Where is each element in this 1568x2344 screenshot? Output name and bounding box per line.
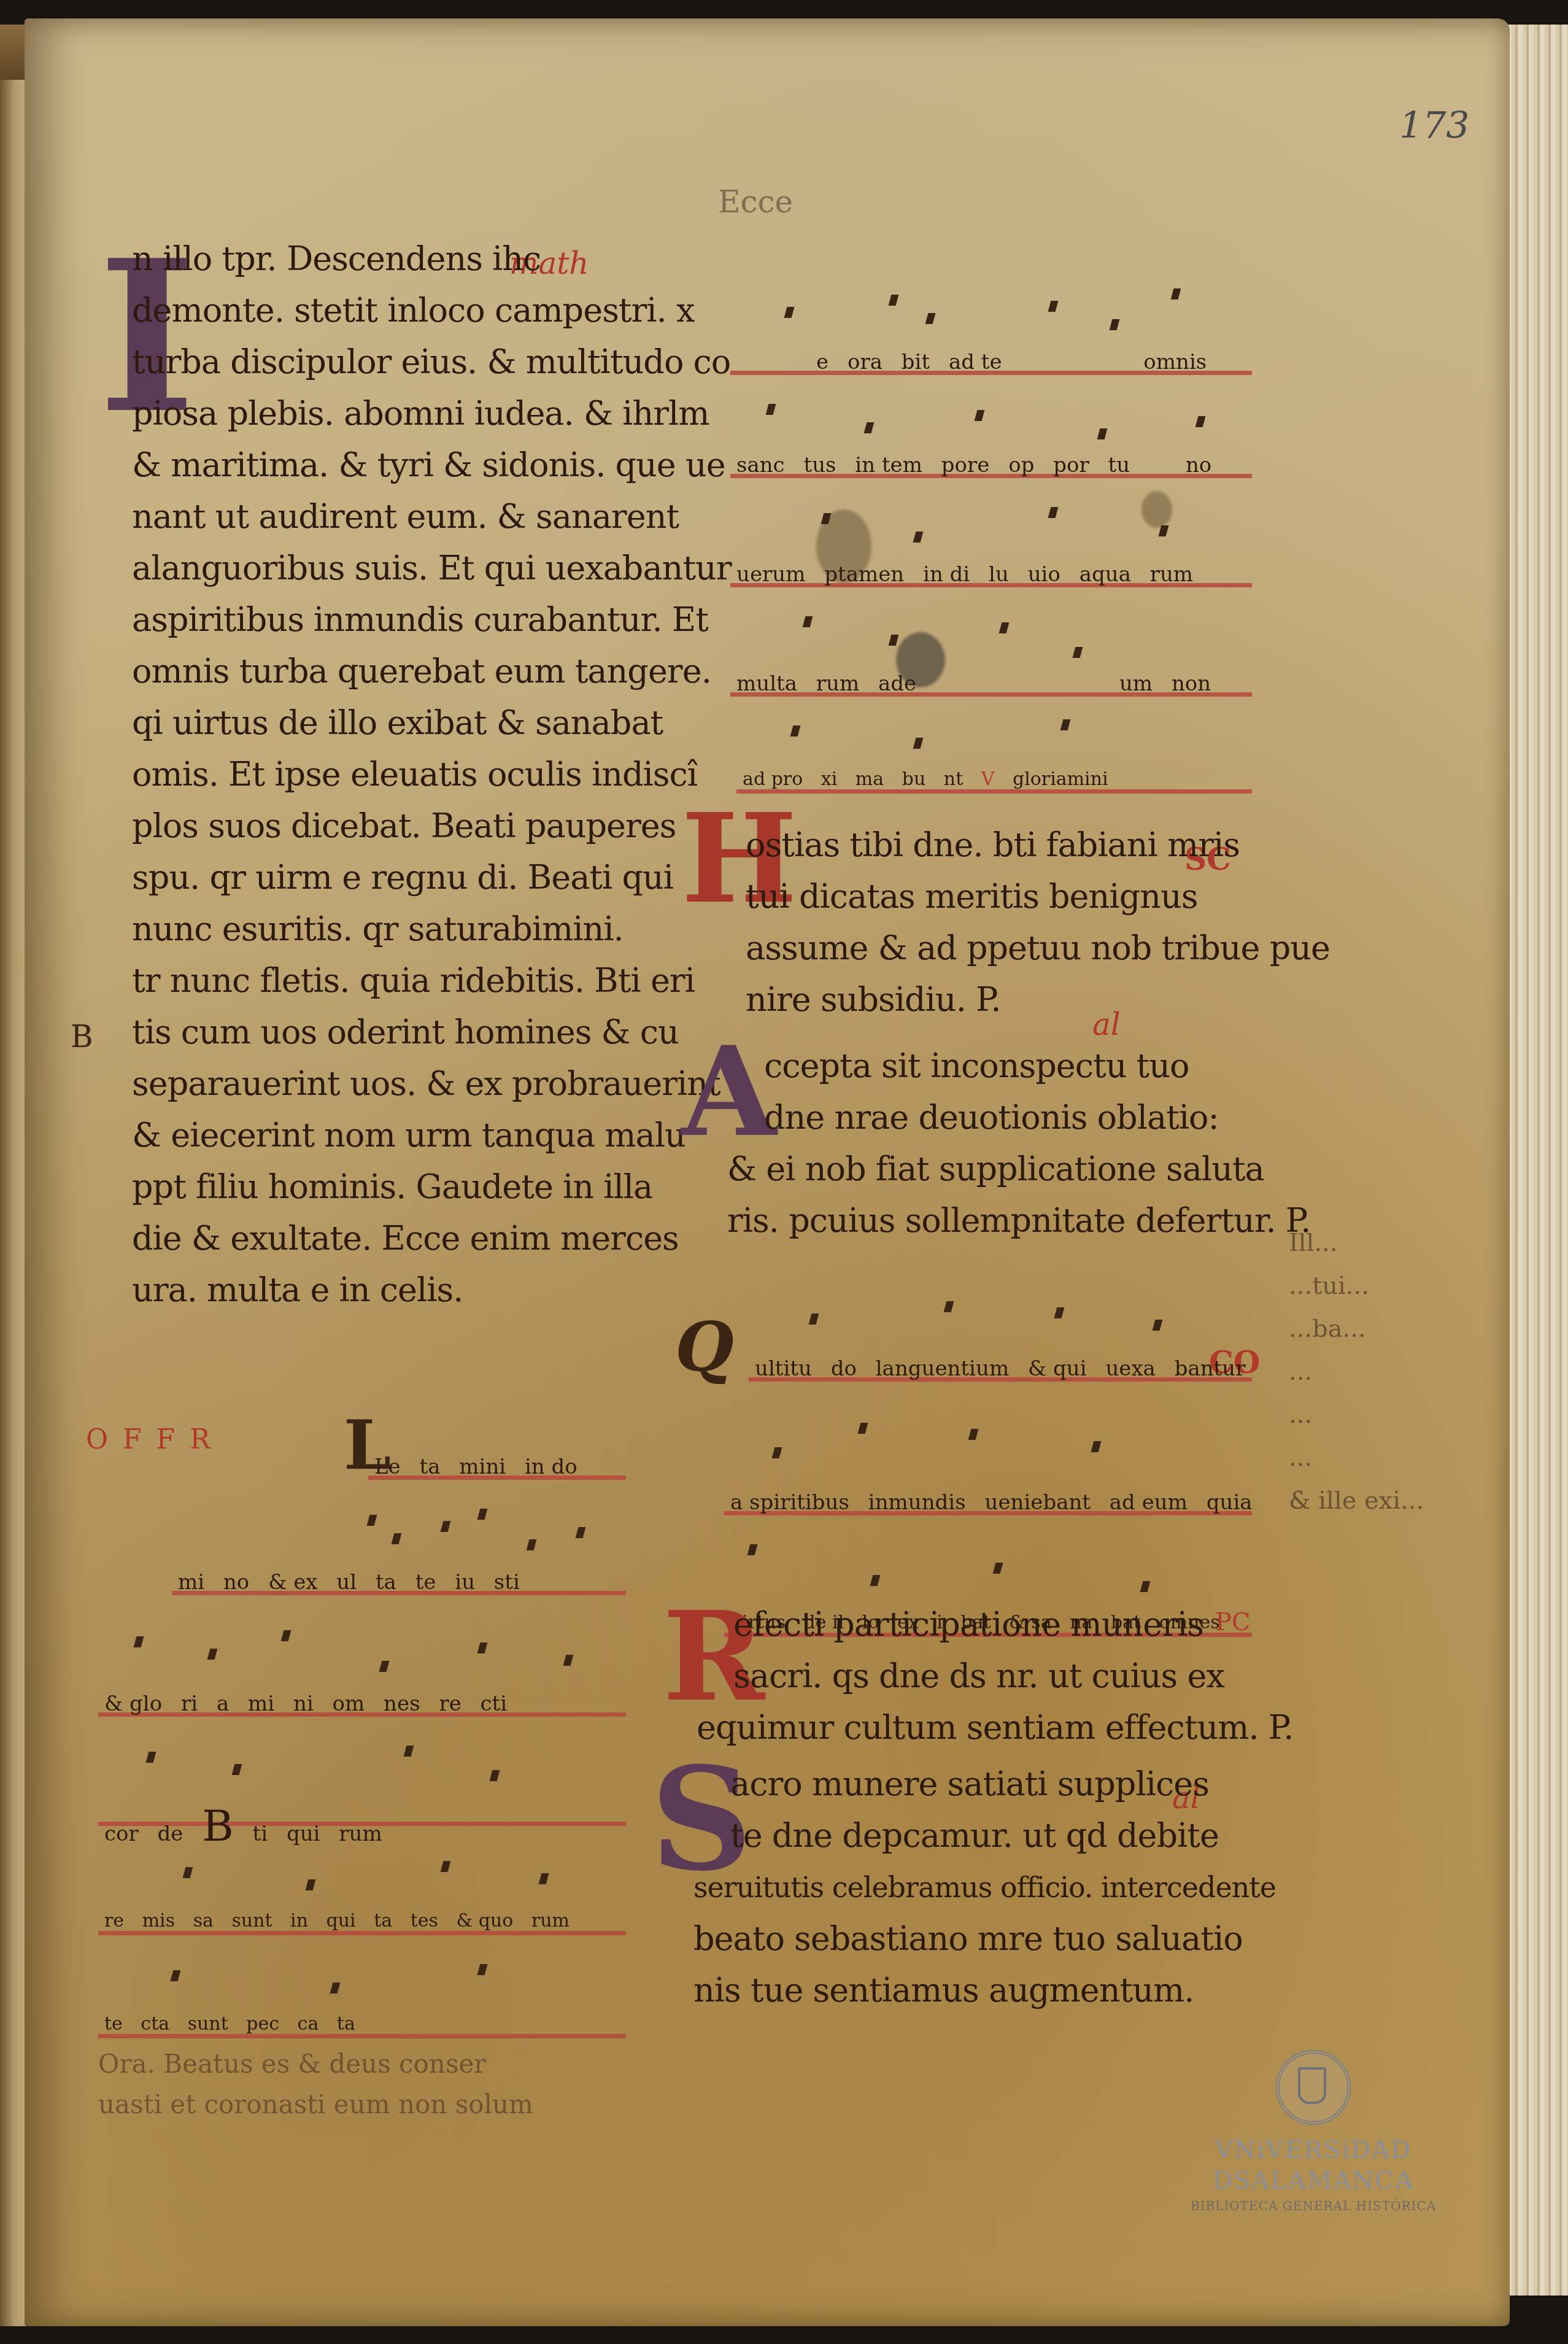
syllable: tus: [797, 453, 842, 478]
text-line: omnis turba querebat eum tangere.: [132, 646, 660, 697]
text-line: qi uirtus de illo exibat & sanabat: [132, 697, 660, 749]
syllable: do: [825, 1356, 863, 1381]
syllable: no: [217, 1570, 255, 1595]
text-line: ccepta sit inconspectu tuo: [727, 1040, 1230, 1092]
syllable: bit: [895, 350, 936, 374]
text-line: plos suos dicebat. Beati pauperes: [132, 800, 660, 852]
watermark-line-3: BIBLIOTECA GENERAL HISTÓRICA: [1184, 2199, 1442, 2213]
syllable: no: [1180, 453, 1218, 478]
text-line: Ora. Beatus es & deus conser: [98, 2044, 601, 2084]
text-line: tr nunc fletis. quia ridebitis. Bti eri: [132, 955, 660, 1007]
text-line: die & exultate. Ecce enim merces: [132, 1213, 660, 1264]
lyric-line: ultitu do languentium & qui uexa bantur: [749, 1356, 1252, 1392]
neume-row: [730, 707, 1252, 768]
faded-prayer-text: Ora. Beatus es & deus conser uasti et co…: [98, 2044, 601, 2125]
syllable: ad te: [943, 350, 1008, 374]
text-line: uasti et coronasti eum non solum: [98, 2084, 601, 2125]
secret-prayer: ostias tibi dne. bti fabiani mris tui di…: [746, 819, 1237, 1026]
syllable: ta: [368, 1910, 398, 1932]
lyric-line: cor de B ti qui rum: [98, 1801, 626, 1836]
text-line: dne nrae deuotionis oblatio:: [727, 1092, 1230, 1143]
syllable: cta: [134, 2013, 176, 2035]
syllable: iu: [449, 1570, 481, 1595]
text-line: ris. pcuius sollempnitate defertur. P.: [727, 1195, 1230, 1247]
syllable: re: [98, 1910, 130, 1932]
syllable: te: [98, 2013, 129, 2035]
syllable: Le: [368, 1455, 407, 1479]
syllable: & qui: [1022, 1356, 1093, 1381]
text-line: tis cum uos oderint homines & cu: [132, 1007, 660, 1058]
text-line: ...: [1289, 1436, 1491, 1479]
lyric-line: mi no & ex ul ta te iu sti: [172, 1570, 626, 1606]
syllable: te: [409, 1570, 442, 1595]
syllable: mis: [136, 1910, 181, 1932]
text-line: ostias tibi dne. bti fabiani mris: [746, 819, 1237, 871]
neume-row: [98, 1490, 626, 1570]
margin-letter-b: B: [71, 1019, 93, 1054]
neume-row: [712, 1392, 1252, 1490]
syllable: a: [210, 1692, 235, 1716]
syllable: rum: [810, 671, 865, 696]
syllable: nt: [938, 768, 969, 790]
syllable: inmundis: [862, 1490, 972, 1515]
syllable: a spiritibus: [724, 1490, 855, 1515]
text-line: assume & ad ppetuu nob tribue pue: [746, 923, 1237, 974]
introit-chant: e ora bit ad te omnis sanc tus in tem po…: [730, 258, 1252, 804]
syllable: uerum: [730, 562, 811, 587]
neume-row: [730, 598, 1252, 671]
syllable: omnis: [1137, 350, 1213, 374]
watermark-line-2: DSALAMANCA: [1184, 2165, 1442, 2196]
text-line: ppt filiu hominis. Gaudete in illa: [132, 1161, 660, 1213]
neume-row: [730, 489, 1252, 562]
syllable: ta: [331, 2013, 361, 2035]
faded-note: Ecce: [718, 184, 793, 220]
syllable: ri: [175, 1692, 204, 1716]
syllable: ad eum: [1103, 1490, 1194, 1515]
syllable: op: [1002, 453, 1040, 478]
lyric-line: sanc tus in tem pore op por tu no: [730, 453, 1252, 489]
text-line: aspiritibus inmundis curabantur. Et: [132, 594, 660, 646]
text-line: tui dicatas meritis benignus: [746, 871, 1237, 923]
text-line: turba discipulor eius. & multitudo co: [132, 336, 660, 388]
syllable: nes: [377, 1692, 426, 1716]
alia-prayer: ccepta sit inconspectu tuo dne nrae deuo…: [727, 1040, 1230, 1247]
syllable: ca: [292, 2013, 325, 2035]
stacked-page-edges: [1500, 25, 1568, 2296]
lyric-line: multa rum ade um non: [730, 671, 1252, 707]
syllable: in tem: [849, 453, 929, 478]
syllable: mini: [453, 1455, 512, 1479]
text-line: equimur cultum sentiam effectum. P.: [697, 1702, 1218, 1754]
text-line: nunc esuritis. qr saturabimini.: [132, 903, 660, 955]
syllable: in: [284, 1910, 314, 1932]
text-line: separauerint uos. & ex probrauerint: [132, 1058, 660, 1110]
syllable: ul: [330, 1570, 363, 1595]
syllable: V: [975, 768, 1001, 790]
syllable: ultitu: [749, 1356, 818, 1381]
syllable: sa: [187, 1910, 220, 1932]
syllable: uexa: [1099, 1356, 1161, 1381]
syllable: por: [1047, 453, 1095, 478]
syllable: pec: [240, 2013, 285, 2035]
syllable: rum: [1144, 562, 1199, 587]
syllable: tes: [404, 1910, 444, 1932]
syllable: sunt: [182, 2013, 234, 2035]
syllable: & quo: [450, 1910, 520, 1932]
neume-row: [98, 1606, 626, 1692]
text-line: te dne depcamur. ut qd debite: [693, 1810, 1234, 1862]
syllable: bu: [896, 768, 932, 790]
text-line: omis. Et ipse eleuatis oculis indiscî: [132, 749, 660, 800]
text-line: Ill...: [1289, 1221, 1491, 1264]
syllable: in di: [917, 562, 976, 587]
text-line: nis tue sentiamus augmentum.: [693, 1965, 1234, 2016]
rubric-alia: al: [1092, 1007, 1121, 1042]
syllable: cti: [474, 1692, 514, 1716]
syllable: lu: [983, 562, 1015, 587]
syllable: mi: [242, 1692, 280, 1716]
syllable: bantur: [1168, 1356, 1252, 1381]
neume-row: [712, 1289, 1252, 1356]
lyric-line: Le ta mini in do: [368, 1455, 626, 1490]
syllable: tu: [1102, 453, 1137, 478]
faded-marginal-text: Ill... ...tui... ...ba... ... ... ... & …: [1289, 1221, 1491, 1522]
gospel-text: n illo tpr. Descendens ihc demonte. stet…: [132, 233, 660, 1316]
red-staff-line: [98, 1931, 626, 1935]
syllable: sti: [488, 1570, 526, 1595]
text-line: alanguoribus suis. Et qui uexabantur: [132, 543, 660, 594]
syllable: ni: [287, 1692, 320, 1716]
text-line: nire subsidiu. P.: [746, 974, 1237, 1026]
syllable: re: [433, 1692, 467, 1716]
syllable: multa: [730, 671, 803, 696]
text-line: n illo tpr. Descendens ihc: [132, 233, 660, 285]
text-line: ...: [1289, 1350, 1491, 1393]
syllable: languentium: [870, 1356, 1015, 1381]
text-line: & ille exi...: [1289, 1479, 1491, 1522]
red-staff-line: [98, 2034, 626, 2038]
lyric-line: ad pro xi ma bu nt V gloriamini: [736, 768, 1252, 804]
neume-row: [730, 258, 1252, 350]
neume-row: [730, 385, 1252, 453]
syllable: ora: [841, 350, 889, 374]
watermark-line-1: VNiVERSiDAD: [1184, 2135, 1442, 2165]
text-line: piosa plebis. abomni iudea. & ihrlm: [132, 388, 660, 439]
syllable: uio: [1022, 562, 1067, 587]
lyric-line: & glo ri a mi ni om nes re cti: [98, 1692, 626, 1727]
syllable: gloriamini: [1006, 768, 1114, 790]
syllable: ma: [849, 768, 890, 790]
red-staff-line: [736, 789, 1252, 794]
lyric-line: re mis sa sunt in qui ta tes & quo rum: [98, 1910, 626, 1946]
syllable: ta: [414, 1455, 447, 1479]
text-line: ...ba...: [1289, 1307, 1491, 1350]
neume-row: [98, 1836, 626, 1910]
syllable: um: [1113, 671, 1159, 696]
text-line: acro munere satiati supplices: [693, 1758, 1234, 1810]
rubric-postcommunion: PC: [1215, 1608, 1251, 1636]
syllable: aqua: [1073, 562, 1137, 587]
syllable: sanc: [730, 453, 791, 478]
university-seal-icon: [1276, 2050, 1351, 2125]
alia-prayer-2: acro munere satiati supplices te dne dep…: [693, 1758, 1234, 2016]
offertory-chant: Le ta mini in do mi no & ex ul ta te iu …: [98, 1455, 626, 2049]
syllable: mi: [172, 1570, 210, 1595]
text-line: ...tui...: [1289, 1264, 1491, 1307]
syllable: qui: [320, 1910, 362, 1932]
postcommunion-prayer: efecti participatione muneris sacri. qs …: [697, 1599, 1218, 1754]
text-line: efecti participatione muneris: [697, 1599, 1218, 1650]
syllable: non: [1165, 671, 1217, 696]
syllable: om: [326, 1692, 371, 1716]
syllable: ta: [369, 1570, 403, 1595]
rubric-offertory: OFFR: [86, 1424, 225, 1455]
text-line: ura. multa e in celis.: [132, 1264, 660, 1316]
text-line: beato sebastiano mre tuo saluatio: [693, 1913, 1234, 1965]
neume-row: [98, 1727, 626, 1801]
lyric-line: e ora bit ad te omnis: [730, 350, 1252, 385]
lyric-line: a spiritibus inmundis ueniebant ad eum q…: [724, 1490, 1252, 1526]
syllable: ptamen: [818, 562, 910, 587]
university-watermark: VNiVERSiDAD DSALAMANCA BIBLIOTECA GENERA…: [1184, 2050, 1442, 2213]
folio-number: 173: [1399, 104, 1470, 147]
syllable: xi: [815, 768, 844, 790]
syllable: ade: [872, 671, 922, 696]
lyric-line: uerum ptamen in di lu uio aqua rum: [730, 562, 1252, 598]
text-line: & ei nob fiat supplicatione saluta: [727, 1143, 1230, 1195]
text-line: & maritima. & tyri & sidonis. que ue: [132, 439, 660, 491]
text-line: nant ut audirent eum. & sanarent: [132, 491, 660, 543]
syllable: pore: [935, 453, 996, 478]
syllable: & glo: [98, 1692, 168, 1716]
text-line: spu. qr uirm e regnu di. Beati qui: [132, 852, 660, 903]
syllable: quia: [1200, 1490, 1259, 1515]
neume-row: [98, 1946, 626, 2013]
communion-chant: ultitu do languentium & qui uexa bantur …: [712, 1289, 1252, 1647]
text-line: sacri. qs dne ds nr. ut cuius ex: [697, 1650, 1218, 1702]
text-line: ...: [1289, 1393, 1491, 1436]
syllable: & ex: [262, 1570, 323, 1595]
syllable: ueniebant: [978, 1490, 1097, 1515]
syllable: sunt: [225, 1910, 278, 1932]
text-line: seruitutis celebramus officio. intercede…: [693, 1862, 1234, 1913]
syllable: rum: [525, 1910, 576, 1932]
syllable: in do: [519, 1455, 584, 1479]
text-line: demonte. stetit inloco campestri. x: [132, 285, 660, 336]
text-line: & eiecerint nom urm tanqua malu: [132, 1110, 660, 1161]
syllable: e: [810, 350, 835, 374]
